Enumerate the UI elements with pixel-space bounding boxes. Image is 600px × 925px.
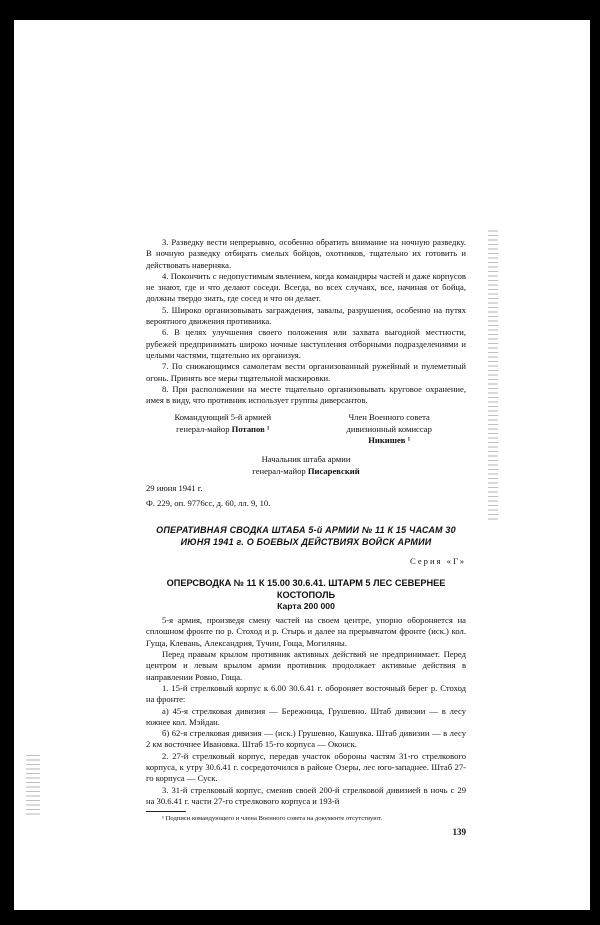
paragraph: 6. В целях улучшения своего положения ил… — [146, 327, 466, 361]
footnote: ¹ Подписи командующего и члена Военного … — [146, 814, 466, 823]
footnote-divider — [146, 811, 186, 812]
signature-name: Никишев ¹ — [312, 435, 466, 446]
signature-name: Писаревский — [308, 466, 360, 476]
paragraph: 1. 15-й стрелковый корпус к 6.00 30.6.41… — [146, 683, 466, 706]
signature-title: Член Военного совета — [312, 412, 466, 423]
section-title: ОПЕРАТИВНАЯ СВОДКА ШТАБА 5-й АРМИИ № 11 … — [146, 524, 466, 548]
signature-rank: дивизионный комиссар — [312, 424, 466, 435]
report-header: ОПЕРСВОДКА № 11 К 15.00 30.6.41. ШТАРМ 5… — [146, 577, 466, 601]
signature-block: Командующий 5-й армией генерал-майор Пот… — [146, 412, 466, 446]
signature-rank-name: генерал-майор Потапов ¹ — [146, 424, 300, 435]
signature-chief-of-staff: Начальник штаба армии генерал-майор Писа… — [146, 454, 466, 477]
paragraph: 2. 27-й стрелковый корпус, передав участ… — [146, 751, 466, 785]
paragraph: Перед правым крылом противник активных д… — [146, 649, 466, 683]
paragraph: 3. Разведку вести непрерывно, особенно о… — [146, 237, 466, 271]
document-date: 29 июня 1941 г. — [146, 483, 466, 494]
signature-name: Потапов ¹ — [232, 424, 270, 434]
series-label: Серия «Г» — [146, 556, 466, 567]
paragraph: б) 62-я стрелковая дивизия — (иск.) Груш… — [146, 728, 466, 751]
signature-rank: генерал-майор — [176, 424, 232, 434]
map-scale: Карта 200 000 — [146, 601, 466, 612]
paragraph: 7. По снижающимся самолетам вести органи… — [146, 361, 466, 384]
page-number: 139 — [146, 827, 466, 838]
signature-title: Начальник штаба армии — [146, 454, 466, 465]
scan-noise-right — [488, 230, 498, 520]
signature-council-member: Член Военного совета дивизионный комисса… — [312, 412, 466, 446]
paragraph: а) 45-я стрелковая дивизия — Бережница, … — [146, 706, 466, 729]
paragraph: 5-я армия, произведя смену частей на сво… — [146, 615, 466, 649]
signature-commander: Командующий 5-й армией генерал-майор Пот… — [146, 412, 300, 446]
archive-reference: Ф. 229, оп. 9776сс, д. 60, лл. 9, 10. — [146, 498, 466, 509]
signature-title: Командующий 5-й армией — [146, 412, 300, 423]
signature-rank-name: генерал-майор Писаревский — [146, 466, 466, 477]
document-body: 3. Разведку вести непрерывно, особенно о… — [146, 237, 466, 838]
scan-noise-left — [26, 755, 40, 815]
paragraph: 3. 31-й стрелковый корпус, сменив своей … — [146, 785, 466, 808]
paragraph: 5. Широко организовывать заграждения, за… — [146, 305, 466, 328]
signature-rank: генерал-майор — [252, 466, 308, 476]
paragraph: 8. При расположении на месте тщательно о… — [146, 384, 466, 407]
paragraph: 4. Покончить с недопустимым явлением, ко… — [146, 271, 466, 305]
